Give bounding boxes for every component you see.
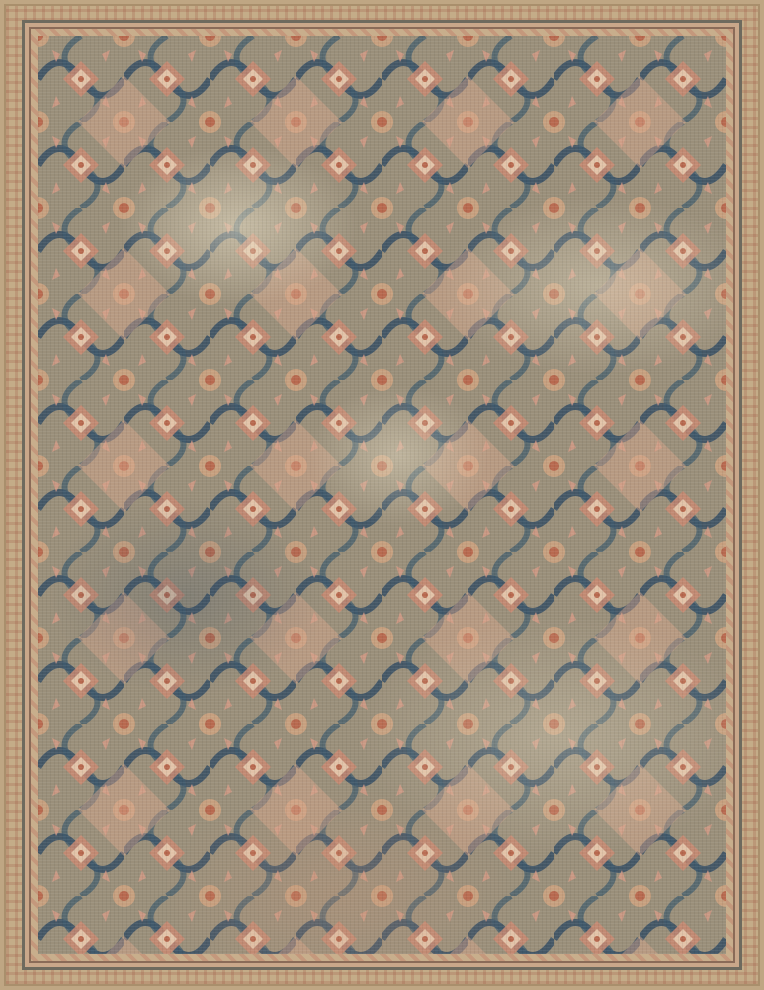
weave-texture <box>38 36 726 954</box>
rug-field <box>38 36 726 954</box>
rug <box>0 0 764 990</box>
